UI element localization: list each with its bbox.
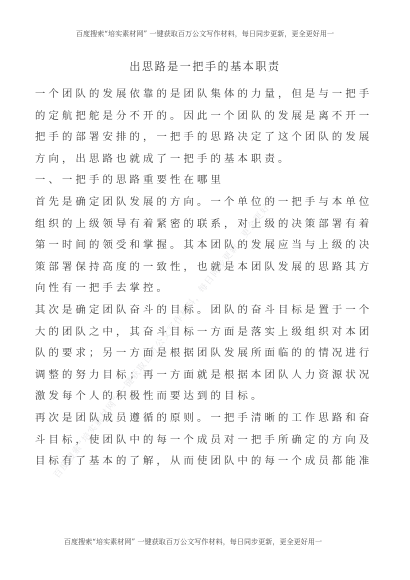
body-line: 把手的部署安排的，一把手的思路决定了这个团队的发展 — [35, 127, 347, 149]
body-line: 向性有一把手去掌控。 — [35, 278, 347, 300]
body-line: 的定航把舵是分不开的。因此一个团队的发展是离不开一 — [35, 106, 347, 128]
body-line: 调整的努力目标；再一方面就是根据本团队人力资源状况 — [35, 365, 347, 387]
body-line: 第一时间的领受和掌握。其本团队的发展应当与上级的决 — [35, 235, 347, 257]
body-line: 激发每个人的积极性而要达到的目标。 — [35, 386, 347, 408]
document-body: 一个团队的发展依靠的是团队集体的力量，但是与一把手 的定航把舵是分不开的。因此一… — [35, 84, 347, 473]
document-title: 出思路是一把手的基本职责 — [0, 58, 410, 74]
body-line: 斗目标，使团队中的每一个成员对一把手所确定的方向及 — [35, 430, 347, 452]
body-line: 组织的上级领导有着紧密的联系，对上级的决策部署有着 — [35, 214, 347, 236]
body-line: 再次是团队成员遵循的原则。一把手清晰的工作思路和奋 — [35, 408, 347, 430]
section-heading: 一、一把手的思路重要性在哪里 — [35, 170, 347, 192]
footer-banner: 百度搜索“培实素材网” 一键获取百万公文写作材料，每日同步更新，更全更好用一 — [0, 537, 398, 547]
body-line: 方向，出思路也就成了一把手的基本职责。 — [35, 149, 347, 171]
body-line: 大的团队之中，其奋斗目标一方面是落实上级组织对本团 — [35, 322, 347, 344]
header-banner: 百度搜索“培实素材网” 一键获取百万公文写作材料，每日同步更新，更全更好用一 — [0, 29, 410, 39]
document-page: 百度搜索“培实素材网” 一键获取百万公文写作材料，每日同步更新，更全更好用一 出… — [0, 0, 410, 580]
body-line: 策部署保持高度的一致性，也就是本团队发展的思路其方 — [35, 257, 347, 279]
body-line: 队的要求；另一方面是根据团队发展所面临的的情况进行 — [35, 343, 347, 365]
body-line: 一个团队的发展依靠的是团队集体的力量，但是与一把手 — [35, 84, 347, 106]
body-line: 目标有了基本的了解，从而使团队中的每一个成员都能准 — [35, 451, 347, 473]
body-line: 首先是确定团队发展的方向。一个单位的一把手与本单位 — [35, 192, 347, 214]
body-line: 其次是确定团队奋斗的目标。团队的奋斗目标是置于一个 — [35, 300, 347, 322]
